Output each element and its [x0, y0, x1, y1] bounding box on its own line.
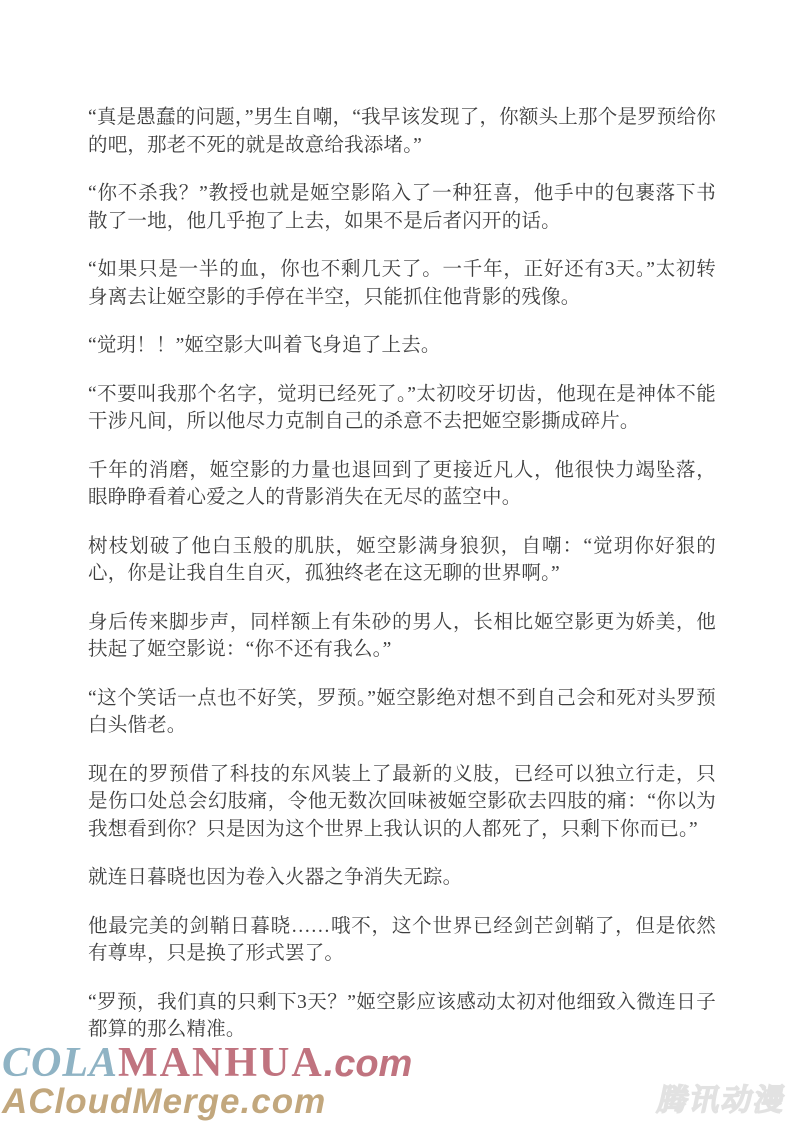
paragraph: 树枝划破了他白玉般的肌肤，姬空影满身狼狈，自嘲：“觉玥你好狠的心，你是让我自生自…	[88, 533, 716, 588]
colamanhua-watermark: COLAMANHUA.com	[2, 1042, 412, 1084]
paragraph: “觉玥！！”姬空影大叫着飞身追了上去。	[88, 332, 716, 360]
colamanhua-watermark-manhua: MANHUA	[118, 1040, 324, 1086]
paragraph: “你不杀我？”教授也就是姬空影陷入了一种狂喜，他手中的包裹落下书散了一地，他几乎…	[88, 180, 716, 235]
colamanhua-watermark-cola: COLA	[2, 1040, 118, 1086]
paragraph: 就连日暮晓也因为卷入火器之争消失无踪。	[88, 864, 716, 892]
comic-text-page: “真是愚蠢的问题，”男生自嘲，“我早该发现了，你额头上那个是罗预给你的吧，那老不…	[0, 0, 800, 1132]
paragraph: “不要叫我那个名字，觉玥已经死了。”太初咬牙切齿，他现在是神体不能干涉凡间，所以…	[88, 381, 716, 436]
paragraph: “如果只是一半的血，你也不剩几天了。一千年，正好还有3天。”太初转身离去让姬空影…	[88, 256, 716, 311]
acloudmerge-watermark: ACloudMerge.com	[2, 1084, 326, 1119]
story-text: “真是愚蠢的问题，”男生自嘲，“我早该发现了，你额头上那个是罗预给你的吧，那老不…	[88, 104, 716, 1065]
tencent-comics-logo: 腾讯动漫	[655, 1086, 789, 1116]
paragraph: “真是愚蠢的问题，”男生自嘲，“我早该发现了，你额头上那个是罗预给你的吧，那老不…	[88, 104, 716, 159]
paragraph: “这个笑话一点也不好笑，罗预。”姬空影绝对想不到自己会和死对头罗预白头偕老。	[88, 685, 716, 740]
colamanhua-watermark-dotcom: .com	[324, 1043, 413, 1085]
paragraph: 身后传来脚步声，同样额上有朱砂的男人，长相比姬空影更为娇美，他扶起了姬空影说：“…	[88, 609, 716, 664]
paragraph: 现在的罗预借了科技的东风装上了最新的义肢，已经可以独立行走，只是伤口处总会幻肢痛…	[88, 761, 716, 844]
paragraph: 千年的消磨，姬空影的力量也退回到了更接近凡人，他很快力竭坠落，眼睁睁看着心爱之人…	[88, 457, 716, 512]
paragraph: 他最完美的剑鞘日暮晓……哦不，这个世界已经剑芒剑鞘了，但是依然有尊卑，只是换了形…	[88, 913, 716, 968]
paragraph: “罗预，我们真的只剩下3天？”姬空影应该感动太初对他细致入微连日子都算的那么精准…	[88, 989, 716, 1044]
